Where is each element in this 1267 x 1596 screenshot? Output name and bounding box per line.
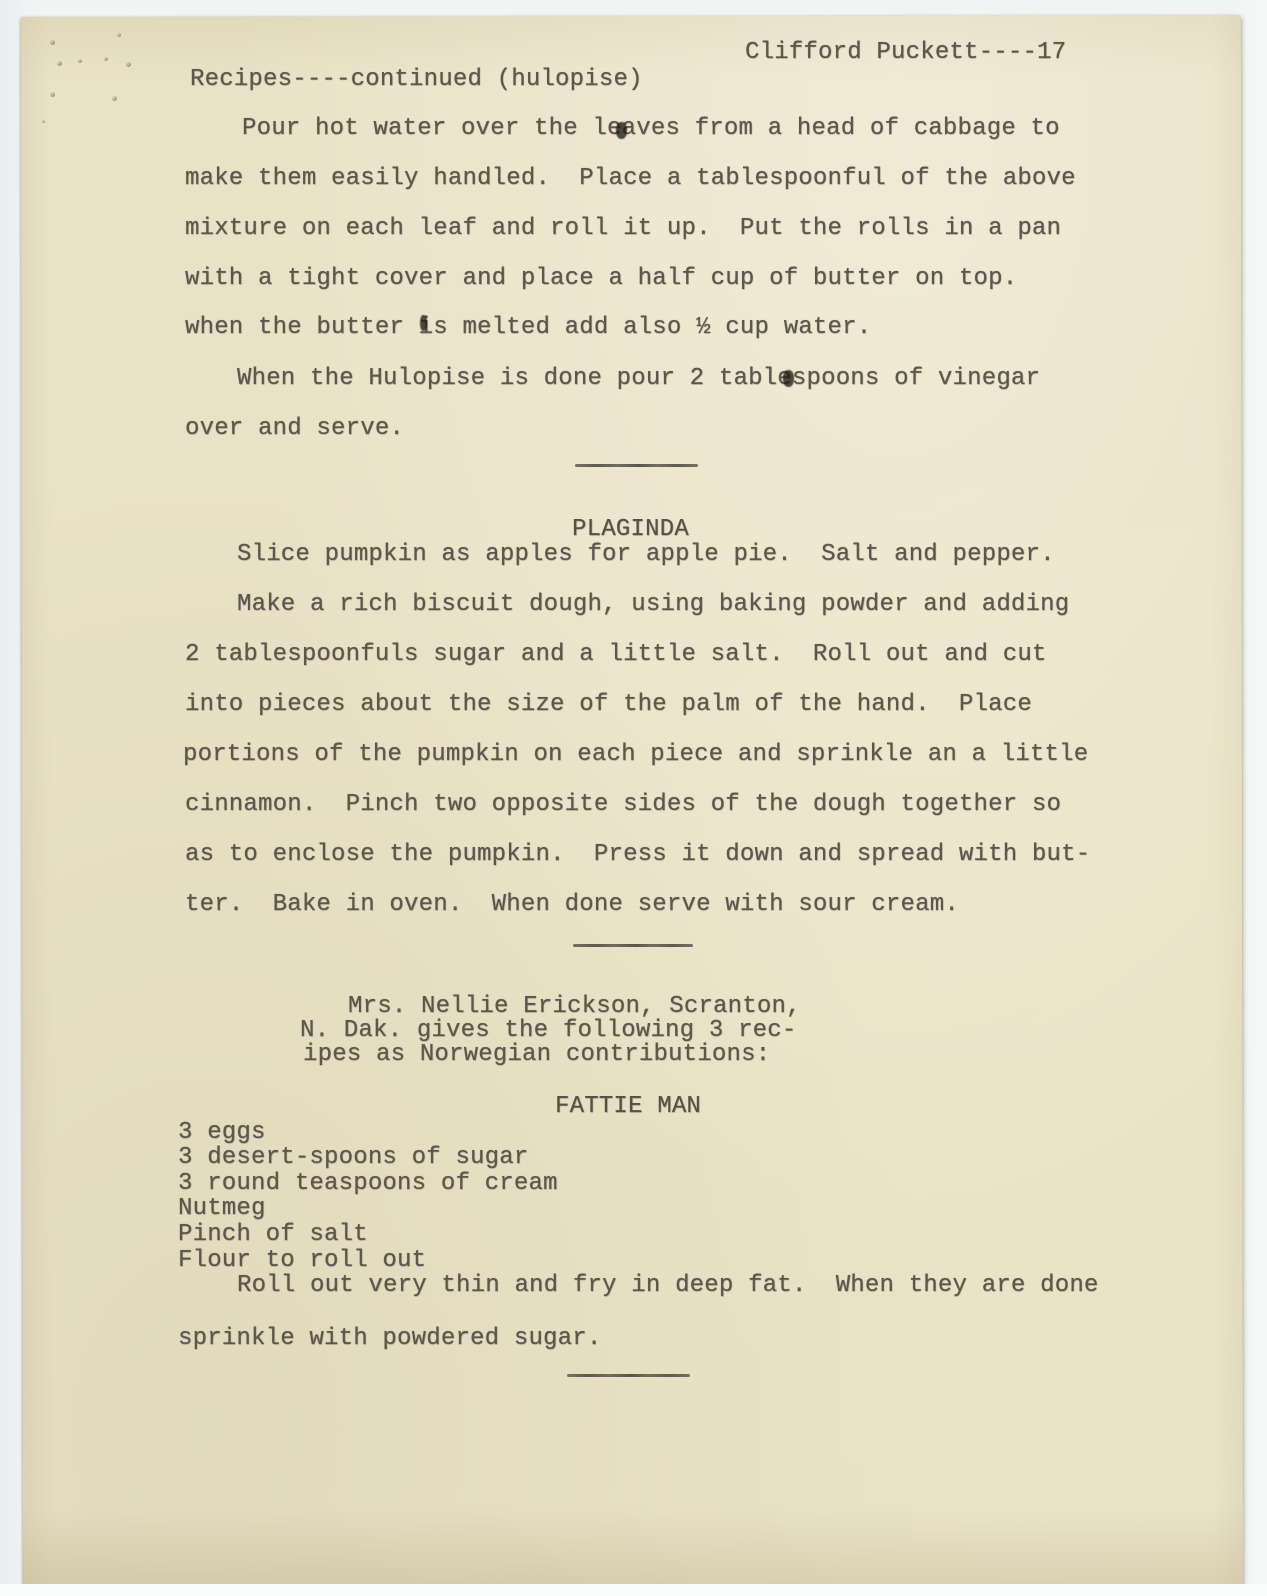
ingredient-line: Flour to roll out [178, 1248, 426, 1273]
paper-blemish [112, 96, 117, 101]
ingredient-line: 3 round teaspoons of cream [178, 1171, 558, 1196]
contributor-line: N. Dak. gives the following 3 rec- [300, 1018, 796, 1043]
ingredient-line: 3 eggs [178, 1120, 266, 1145]
ink-blot [783, 370, 794, 387]
hulopise-line: When the Hulopise is done pour 2 tablesp… [237, 366, 1040, 391]
instruction-line: sprinkle with powdered sugar. [178, 1326, 601, 1351]
ingredient-line: Nutmeg [178, 1196, 266, 1221]
typed-divider [567, 1374, 690, 1377]
plaginda-line: Slice pumpkin as apples for apple pie. S… [237, 542, 1055, 567]
plaginda-line: cinnamon. Pinch two opposite sides of th… [185, 792, 1061, 817]
plaginda-line: Make a rich biscuit dough, using baking … [237, 592, 1069, 617]
hulopise-line: make them easily handled. Place a tables… [185, 166, 1076, 191]
typed-divider [573, 944, 693, 947]
paper-blemish [104, 57, 108, 61]
plaginda-line: ter. Bake in oven. When done serve with … [185, 892, 959, 917]
ink-blot [420, 315, 427, 331]
ingredient-line: 3 desert-spoons of sugar [178, 1145, 528, 1170]
text-layer: Clifford Puckett----17Recipes----continu… [0, 0, 1267, 1596]
page-attribution: Clifford Puckett----17 [745, 40, 1066, 65]
typed-divider [575, 464, 698, 467]
plaginda-line: 2 tablespoonfuls sugar and a little salt… [185, 642, 1047, 667]
plaginda-line: into pieces about the size of the palm o… [185, 692, 1032, 717]
plaginda-line: as to enclose the pumpkin. Press it down… [185, 842, 1090, 867]
plaginda-line: portions of the pumpkin on each piece an… [183, 742, 1088, 767]
page-title: Recipes----continued (hulopise) [190, 67, 643, 92]
paper-blemish [57, 61, 62, 66]
paper-blemish [50, 40, 55, 45]
hulopise-line: with a tight cover and place a half cup … [185, 266, 1017, 291]
contributor-line: Mrs. Nellie Erickson, Scranton, [348, 994, 801, 1019]
paper-blemish [117, 33, 121, 37]
plaginda-heading: PLAGINDA [572, 517, 689, 542]
hulopise-line: over and serve. [185, 416, 404, 441]
contributor-line: ipes as Norwegian contributions: [303, 1042, 770, 1067]
scanned-recipe-page: Clifford Puckett----17Recipes----continu… [0, 0, 1267, 1596]
paper-blemish [50, 92, 55, 97]
ink-blot [616, 122, 627, 139]
instruction-line: Roll out very thin and fry in deep fat. … [237, 1273, 1099, 1298]
paper-blemish [42, 120, 45, 123]
hulopise-line: mixture on each leaf and roll it up. Put… [185, 216, 1061, 241]
ingredient-line: Pinch of salt [178, 1222, 368, 1247]
hulopise-line: when the butter is melted add also ½ cup… [185, 315, 871, 340]
hulopise-line: Pour hot water over the leaves from a he… [242, 116, 1060, 141]
fattie-man-heading: FATTIE MAN [555, 1094, 701, 1119]
paper-blemish [126, 62, 131, 67]
paper-blemish [78, 59, 82, 63]
